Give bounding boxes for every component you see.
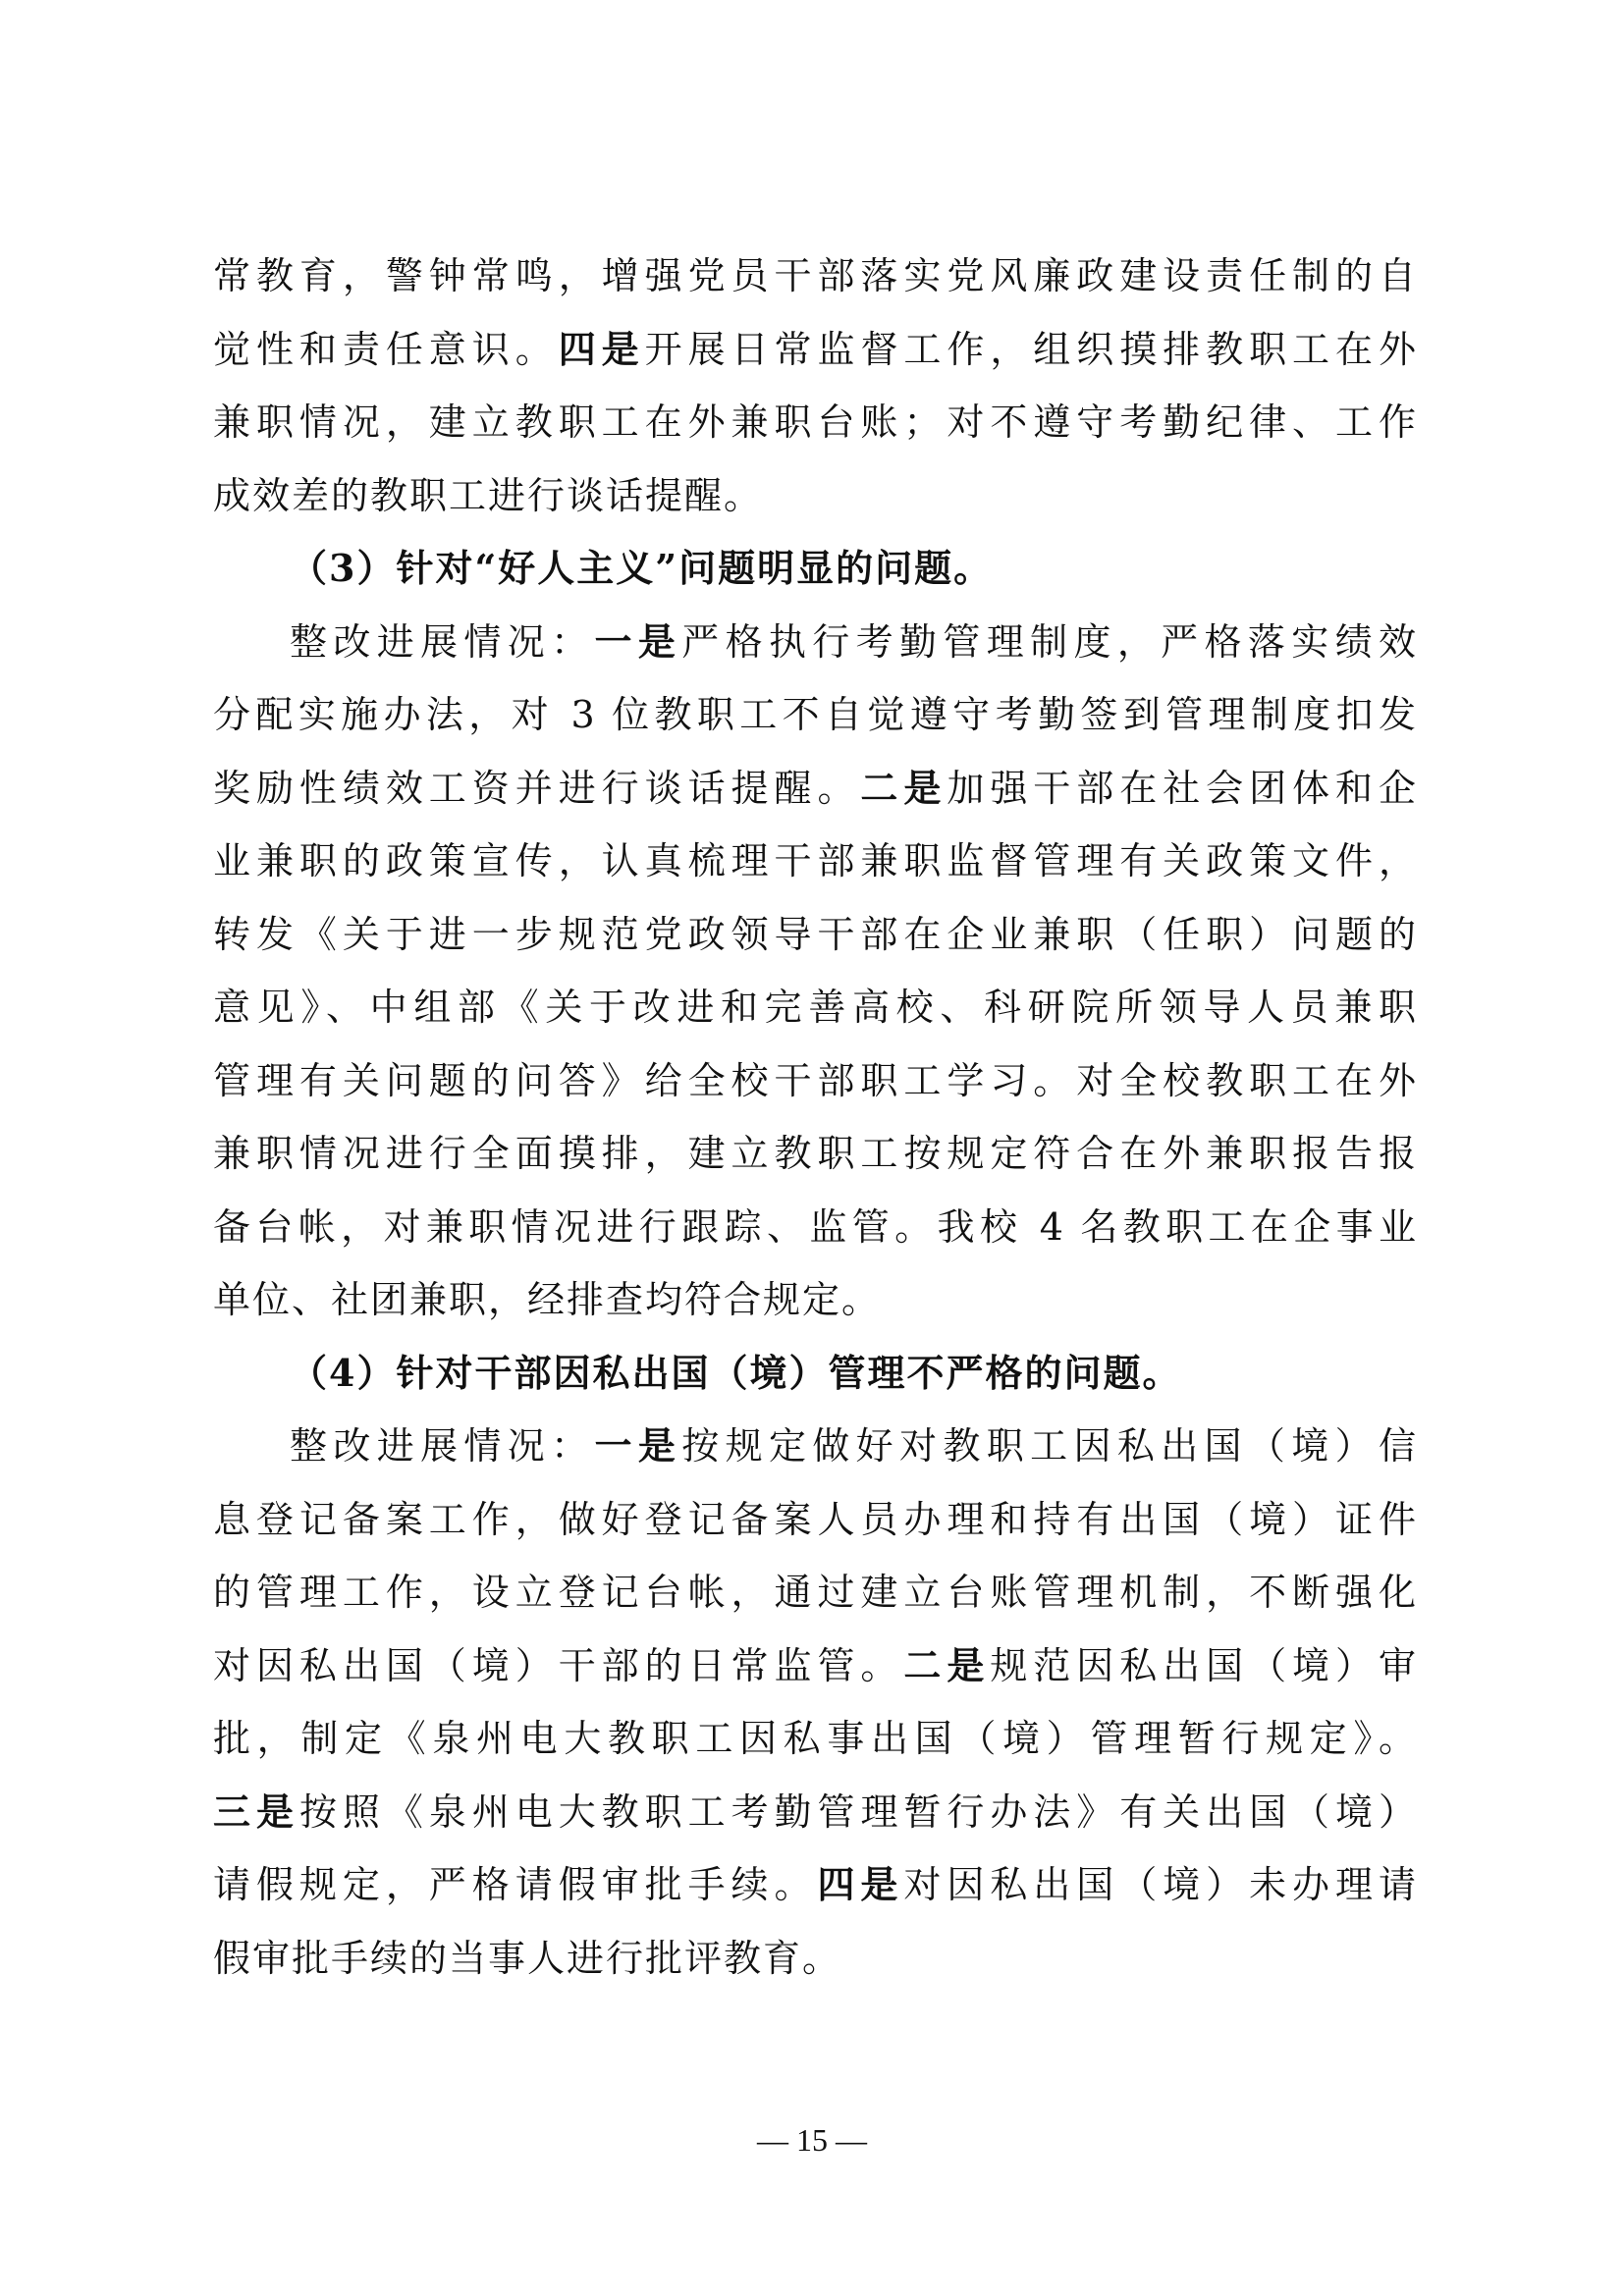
- text-line: 业兼职的政策宣传，认真梳理干部兼职监督管理有关政策文件，: [213, 836, 1416, 885]
- text-span: 加强干部在社会团体和企: [947, 767, 1416, 810]
- bold-emphasis: （4）针对干部因私出国（境）管理不严格的问题。: [290, 1351, 1181, 1395]
- text-line: 常教育，警钟常鸣，增强党员干部落实党风廉政建设责任制的自: [213, 251, 1416, 300]
- bold-emphasis: 二是: [860, 766, 947, 810]
- text-span: 整改进展情况：: [290, 620, 595, 664]
- text-span: 批，制定《泉州电大教职工因私事出国（境）管理暂行规定》。: [213, 1717, 1416, 1760]
- text-span: 对因私出国（境）未办理请: [903, 1863, 1416, 1906]
- text-span: 假审批手续的当事人进行批评教育。: [213, 1937, 841, 1980]
- section-heading: （4）针对干部因私出国（境）管理不严格的问题。: [290, 1349, 1416, 1398]
- text-line: 对因私出国（境）干部的日常监管。二是规范因私出国（境）审: [213, 1641, 1416, 1690]
- text-span: 觉性和责任意识。: [213, 328, 559, 371]
- text-span: 开展日常监督工作，组织摸排教职工在外: [645, 328, 1416, 371]
- bold-emphasis: 一是: [595, 1423, 682, 1468]
- text-line: 成效差的教职工进行谈话提醒。: [213, 471, 1416, 520]
- bold-emphasis: （3）针对“好人主义”问题明显的问题。: [290, 546, 993, 590]
- text-span: 成效差的教职工进行谈话提醒。: [213, 474, 763, 517]
- text-span: 兼职情况，建立教职工在外兼职台账；对不遵守考勤纪律、工作: [213, 400, 1416, 444]
- bold-emphasis: 三是: [213, 1789, 299, 1834]
- text-span: 备台帐，对兼职情况进行跟踪、监管。我校 4 名教职工在企事业: [213, 1205, 1416, 1249]
- text-line: 批，制定《泉州电大教职工因私事出国（境）管理暂行规定》。: [213, 1714, 1416, 1763]
- text-span: 兼职情况进行全面摸排，建立教职工按规定符合在外兼职报告报: [213, 1132, 1416, 1175]
- text-line: 意见》、中组部《关于改进和完善高校、科研院所领导人员兼职: [213, 983, 1416, 1032]
- text-line: 转发《关于进一步规范党政领导干部在企业兼职（任职）问题的: [213, 910, 1416, 959]
- bold-emphasis: 四是: [559, 327, 645, 371]
- text-span: 整改进展情况：: [290, 1424, 595, 1468]
- text-span: 分配实施办法，对 3 位教职工不自觉遵守考勤签到管理制度扣发: [213, 693, 1416, 736]
- text-span: 按照《泉州电大教职工考勤管理暂行办法》有关出国（境）: [299, 1790, 1416, 1834]
- text-line: 觉性和责任意识。四是开展日常监督工作，组织摸排教职工在外: [213, 325, 1416, 374]
- text-span: 按规定做好对教职工因私出国（境）信: [681, 1424, 1416, 1468]
- text-span: 息登记备案工作，做好登记备案人员办理和持有出国（境）证件: [213, 1498, 1416, 1541]
- section-heading: （3）针对“好人主义”问题明显的问题。: [290, 544, 1416, 593]
- text-line: 管理有关问题的问答》给全校干部职工学习。对全校教职工在外: [213, 1056, 1416, 1105]
- text-span: 对因私出国（境）干部的日常监管。: [213, 1644, 903, 1687]
- text-line: 息登记备案工作，做好登记备案人员办理和持有出国（境）证件: [213, 1495, 1416, 1544]
- bold-emphasis: 二是: [903, 1643, 990, 1687]
- text-line: 奖励性绩效工资并进行谈话提醒。二是加强干部在社会团体和企: [213, 764, 1416, 813]
- text-span: 意见》、中组部《关于改进和完善高校、科研院所领导人员兼职: [213, 986, 1416, 1029]
- text-line: 整改进展情况：一是严格执行考勤管理制度，严格落实绩效: [290, 617, 1416, 667]
- text-line: 单位、社团兼职，经排查均符合规定。: [213, 1275, 1416, 1324]
- text-line: 请假规定，严格请假审批手续。四是对因私出国（境）未办理请: [213, 1860, 1416, 1909]
- text-line: 分配实施办法，对 3 位教职工不自觉遵守考勤签到管理制度扣发: [213, 690, 1416, 739]
- text-line: 兼职情况，建立教职工在外兼职台账；对不遵守考勤纪律、工作: [213, 398, 1416, 447]
- text-line: 兼职情况进行全面摸排，建立教职工按规定符合在外兼职报告报: [213, 1129, 1416, 1178]
- text-span: 严格执行考勤管理制度，严格落实绩效: [681, 620, 1416, 664]
- text-line: 整改进展情况：一是按规定做好对教职工因私出国（境）信: [290, 1421, 1416, 1470]
- text-span: 单位、社团兼职，经排查均符合规定。: [213, 1278, 881, 1321]
- text-line: 备台帐，对兼职情况进行跟踪、监管。我校 4 名教职工在企事业: [213, 1202, 1416, 1252]
- text-line: 的管理工作，设立登记台帐，通过建立台账管理机制，不断强化: [213, 1568, 1416, 1617]
- text-span: 的管理工作，设立登记台帐，通过建立台账管理机制，不断强化: [213, 1571, 1416, 1614]
- text-span: 常教育，警钟常鸣，增强党员干部落实党风廉政建设责任制的自: [213, 254, 1416, 297]
- bold-emphasis: 四是: [817, 1862, 903, 1906]
- text-span: 管理有关问题的问答》给全校干部职工学习。对全校教职工在外: [213, 1059, 1416, 1102]
- bold-emphasis: 一是: [595, 619, 682, 664]
- page-number: — 15 —: [0, 2120, 1624, 2160]
- text-span: 奖励性绩效工资并进行谈话提醒。: [213, 767, 860, 810]
- text-span: 业兼职的政策宣传，认真梳理干部兼职监督管理有关政策文件，: [213, 839, 1416, 882]
- text-line: 假审批手续的当事人进行批评教育。: [213, 1934, 1416, 1983]
- text-line: 三是按照《泉州电大教职工考勤管理暂行办法》有关出国（境）: [213, 1788, 1416, 1837]
- text-span: 规范因私出国（境）审: [990, 1644, 1416, 1687]
- document-page: 常教育，警钟常鸣，增强党员干部落实党风廉政建设责任制的自觉性和责任意识。四是开展…: [0, 0, 1624, 2296]
- text-span: 转发《关于进一步规范党政领导干部在企业兼职（任职）问题的: [213, 913, 1416, 956]
- text-span: 请假规定，严格请假审批手续。: [213, 1863, 817, 1906]
